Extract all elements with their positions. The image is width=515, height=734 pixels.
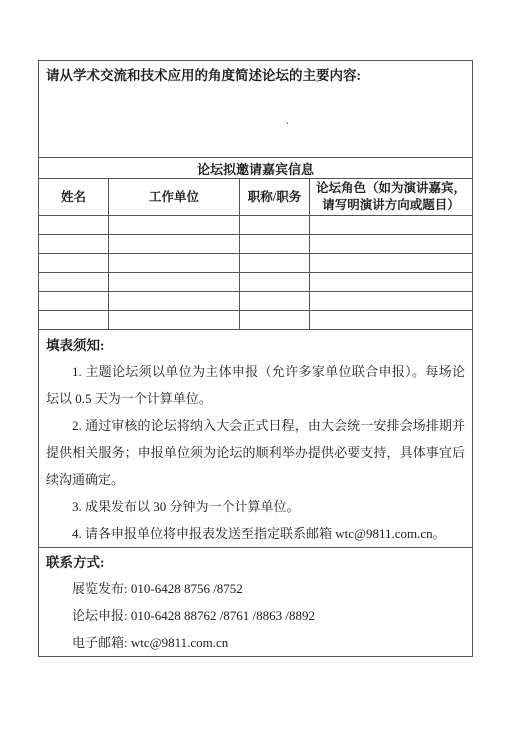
guest-cell-forum-role xyxy=(310,311,473,330)
note-item-3: 3. 成果发布以 30 分钟为一个计算单位。 xyxy=(46,493,465,520)
col-header-work-unit: 工作单位 xyxy=(109,179,240,216)
guest-cell-work-unit xyxy=(109,292,240,311)
guest-row xyxy=(39,254,473,273)
guest-cell-name xyxy=(39,311,109,330)
guest-cell-name xyxy=(39,273,109,292)
guest-cell-title-position xyxy=(240,273,310,292)
col-header-forum-role: 论坛角色（如为演讲嘉宾，请写明演讲方向或题目） xyxy=(310,179,473,216)
stray-mark: . xyxy=(286,111,289,130)
col-header-title-position: 职称/职务 xyxy=(240,179,310,216)
guest-cell-work-unit xyxy=(109,311,240,330)
guest-cell-title-position xyxy=(240,254,310,273)
note-item-4: 4. 请各申报单位将申报表发送至指定联系邮箱 wtc@9811.com.cn。 xyxy=(46,520,465,547)
guest-cell-work-unit xyxy=(109,273,240,292)
col-header-name: 姓名 xyxy=(39,179,109,216)
guest-cell-title-position xyxy=(240,216,310,235)
note-item-2: 2. 通过审核的论坛将纳入大会正式日程，由大会统一安排会场排期并提供相关服务；申… xyxy=(46,412,465,493)
guest-cell-name xyxy=(39,235,109,254)
guest-row xyxy=(39,273,473,292)
document-page: 请从学术交流和技术应用的角度简述论坛的主要内容: . 论坛拟邀请嘉宾信息 姓名 … xyxy=(0,0,515,734)
guest-cell-forum-role xyxy=(310,254,473,273)
guest-cell-name xyxy=(39,254,109,273)
guest-row xyxy=(39,235,473,254)
contact-email-line: 电子邮箱: wtc@9811.com.cn xyxy=(46,629,465,656)
guest-row xyxy=(39,311,473,330)
guest-cell-work-unit xyxy=(109,254,240,273)
prompt-text: 请从学术交流和技术应用的角度简述论坛的主要内容: xyxy=(46,68,361,83)
note-item-1: 1. 主题论坛须以单位为主体申报（允许多家单位联合申报）。每场论坛以 0.5 天… xyxy=(46,358,465,412)
guest-cell-forum-role xyxy=(310,292,473,311)
notes-row: 填表须知: 1. 主题论坛须以单位为主体申报（允许多家单位联合申报）。每场论坛以… xyxy=(39,330,473,548)
guest-cell-title-position xyxy=(240,235,310,254)
prompt-row: 请从学术交流和技术应用的角度简述论坛的主要内容: . xyxy=(39,61,473,158)
guest-table-header-row: 姓名 工作单位 职称/职务 论坛角色（如为演讲嘉宾，请写明演讲方向或题目） xyxy=(39,179,473,216)
contact-forum-line: 论坛申报: 010-6428 88762 /8761 /8863 /8892 xyxy=(46,602,465,629)
guest-cell-forum-role xyxy=(310,273,473,292)
contact-row: 联系方式: 展览发布: 010-6428 8756 /8752 论坛申报: 01… xyxy=(39,548,473,657)
guest-cell-name xyxy=(39,292,109,311)
prompt-cell: 请从学术交流和技术应用的角度简述论坛的主要内容: . xyxy=(39,61,473,158)
notes-cell: 填表须知: 1. 主题论坛须以单位为主体申报（允许多家单位联合申报）。每场论坛以… xyxy=(39,330,473,548)
notes-title: 填表须知: xyxy=(46,334,465,358)
guest-row xyxy=(39,216,473,235)
guest-cell-work-unit xyxy=(109,235,240,254)
contact-cell: 联系方式: 展览发布: 010-6428 8756 /8752 论坛申报: 01… xyxy=(39,548,473,657)
guest-table-title-row: 论坛拟邀请嘉宾信息 xyxy=(39,158,473,179)
guest-cell-work-unit xyxy=(109,216,240,235)
guest-cell-title-position xyxy=(240,292,310,311)
guest-cell-title-position xyxy=(240,311,310,330)
guest-cell-forum-role xyxy=(310,235,473,254)
forum-application-form: 请从学术交流和技术应用的角度简述论坛的主要内容: . 论坛拟邀请嘉宾信息 姓名 … xyxy=(38,60,473,657)
guest-row xyxy=(39,292,473,311)
guest-table-title: 论坛拟邀请嘉宾信息 xyxy=(39,158,473,179)
guest-cell-forum-role xyxy=(310,216,473,235)
guest-cell-name xyxy=(39,216,109,235)
contact-title: 联系方式: xyxy=(46,551,465,575)
contact-exhibition-line: 展览发布: 010-6428 8756 /8752 xyxy=(46,575,465,602)
